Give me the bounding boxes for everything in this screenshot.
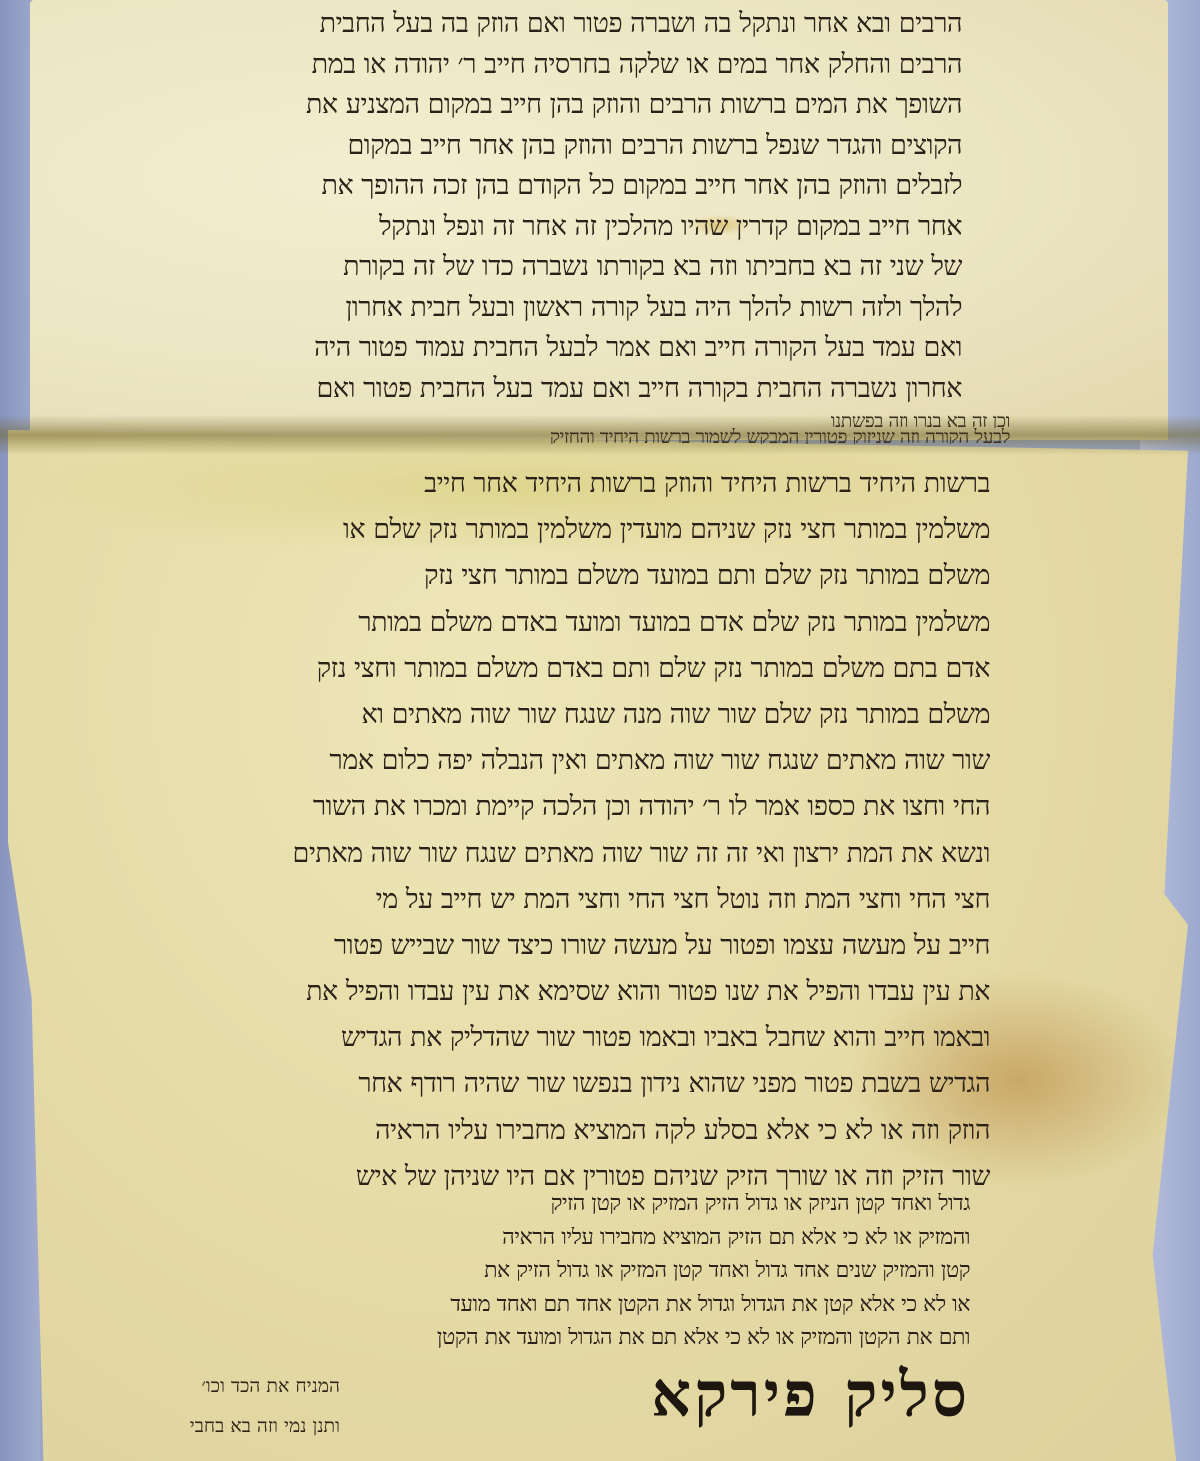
text-line: משלמין במותר חצי נזק שניהם מועדין משלמין… xyxy=(10,516,990,562)
text-line: הוזק וזה או לא כי אלא בסלע לקה המוציא מח… xyxy=(10,1117,990,1163)
text-line: ונשא את המת ירצון ואי זה זה שור שוה מאתי… xyxy=(10,840,990,886)
text-line: קטן והמזיק שנים אחד גדול ואחד קטן המזיק … xyxy=(40,1260,970,1294)
upper-text-block: הרבים ובא אחר ונתקל בה ושברה פטור ואם הו… xyxy=(32,10,962,415)
text-line: ברשות היחיד ברשות היחיד והוזק ברשות היחי… xyxy=(10,470,990,516)
text-line: ובאמו חייב והוא שחבל באביו ובאמו פטור שו… xyxy=(10,1024,990,1070)
lower-text-block: ברשות היחיד ברשות היחיד והוזק ברשות היחי… xyxy=(10,470,990,1209)
fold-text-block: וכן זה בא בנרו וזה בפשתנו לבעל הקורה וזה… xyxy=(20,412,1010,444)
lower-small-text-block: גדול ואחד קטן הניזק או גדול הזיק המזיק א… xyxy=(40,1193,970,1361)
text-line: אדם בתם משלם במותר נזק שלם ותם באדם משלם… xyxy=(10,655,990,701)
text-line: הגדיש בשבת פטור מפני שהוא נידון בנפשו שו… xyxy=(10,1070,990,1116)
text-line: והמזיק או לא כי אלא תם הזיק המוציא מחביר… xyxy=(40,1227,970,1261)
text-line: וכן זה בא בנרו וזה בפשתנו xyxy=(20,412,1010,428)
text-line: לזבלים והוזק בהן אחר חייב במקום כל הקודם… xyxy=(32,172,962,213)
text-line: אחר חייב במקום קדרין שהיו מהלכין זה אחר … xyxy=(32,213,962,254)
text-line: או לא כי אלא קטן את הגדול וגדול את הקטן … xyxy=(40,1294,970,1328)
text-line: משלם במותר נזק שלם ותם במועד משלם במותר … xyxy=(10,562,990,608)
text-line: השופך את המים ברשות הרבים והוזק בהן חייב… xyxy=(32,91,962,132)
text-line: משלם במותר נזק שלם שור שוה מנה שנגח שור … xyxy=(10,701,990,747)
text-line: שור שוה מאתים שנגח שור שוה מאתים ואין הנ… xyxy=(10,747,990,793)
text-line: אחרון נשברה החבית בקורה חייב ואם עמד בעל… xyxy=(32,375,962,416)
text-line: הרבים והחלק אחר במים או שלקה בחרסיה חייב… xyxy=(32,51,962,92)
margin-note: ותנן נמי וזה בא בחבי xyxy=(50,1415,340,1455)
text-line: גדול ואחד קטן הניזק או גדול הזיק המזיק א… xyxy=(40,1193,970,1227)
text-line: לבעל הקורה וזה שניזוק פטורין המבקש לשמור… xyxy=(20,428,1010,444)
text-line: הקוצים והגדר שנפל ברשות הרבים והוזק בהן … xyxy=(32,132,962,173)
margin-note: המניח את הכד וכו׳ xyxy=(50,1375,340,1415)
text-line: החי וחצו את כספו אמר לו ר׳ יהודה וכן הלכ… xyxy=(10,793,990,839)
text-line: הרבים ובא אחר ונתקל בה ושברה פטור ואם הו… xyxy=(32,10,962,51)
text-line: חצי החי וחצי המת וזה נוטל חצי החי וחצי ה… xyxy=(10,886,990,932)
text-line: ותם את הקטן והמזיק או לא כי אלא תם את הג… xyxy=(40,1327,970,1361)
text-line: ואם עמד בעל הקורה חייב ואם אמר לבעל החבי… xyxy=(32,334,962,375)
chapter-end-colophon: סליק פירקא xyxy=(500,1360,970,1430)
margin-notes: המניח את הכד וכו׳ ותנן נמי וזה בא בחבי xyxy=(50,1375,340,1455)
text-line: משלמין במותר נזק שלם אדם במועד ומועד באד… xyxy=(10,609,990,655)
text-line: חייב על מעשה עצמו ופטור על מעשה שורו כיצ… xyxy=(10,932,990,978)
text-line: את עין עבדו והפיל את שנו פטור והוא שסימא… xyxy=(10,978,990,1024)
text-line: של שני זה בא בחביתו וזה בא בקורתו נשברה … xyxy=(32,253,962,294)
text-line: להלך ולזה רשות להלך היה בעל קורה ראשון ו… xyxy=(32,294,962,335)
